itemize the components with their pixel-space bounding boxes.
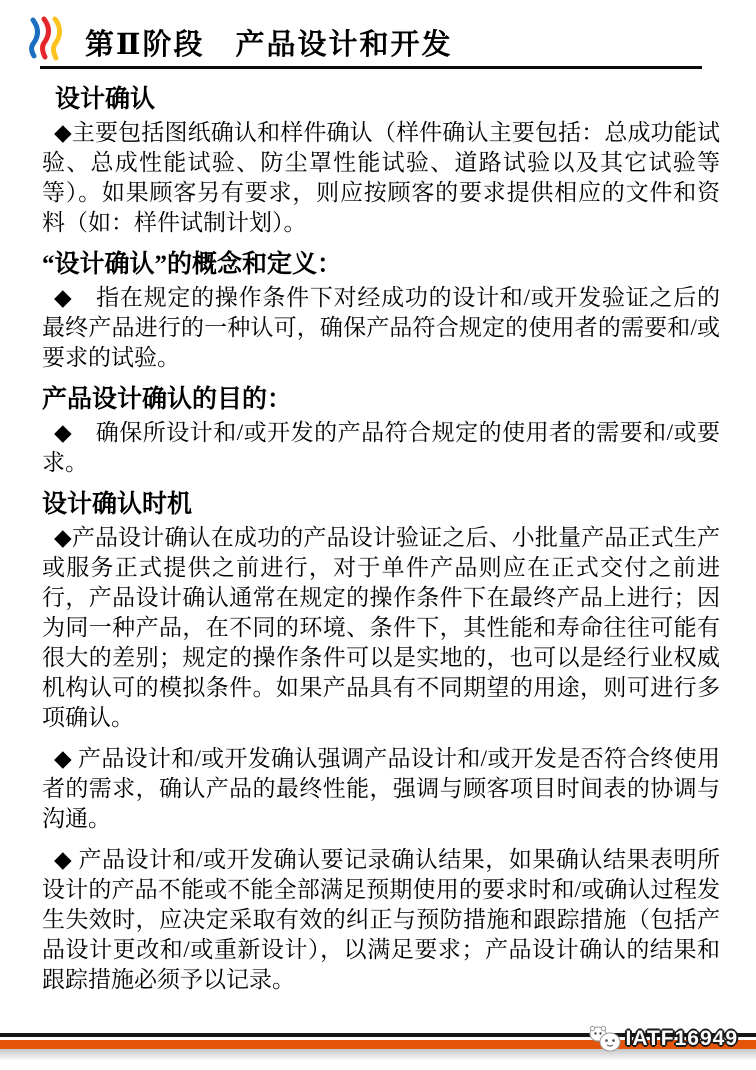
heading-concept-definition: “设计确认”的概念和定义： <box>42 249 720 281</box>
para-design-validation-scope: ◆主要包括图纸确认和样件确认（样件确认主要包括：总成功能试验、总成性能试验、防尘… <box>42 118 720 238</box>
slide-body: 设计确认 ◆主要包括图纸确认和样件确认（样件确认主要包括：总成功能试验、总成性能… <box>42 80 720 1006</box>
para-validation-records: ◆ 产品设计和/或开发确认要记录确认结果，如果确认结果表明所设计的产品不能或不能… <box>42 845 720 995</box>
title-underline <box>40 66 702 69</box>
slide-page: 第Ⅱ阶段 产品设计和开发 设计确认 ◆主要包括图纸确认和样件确认（样件确认主要包… <box>0 0 756 1070</box>
page-title: 第Ⅱ阶段 产品设计和开发 <box>85 22 452 63</box>
para-validation-timing: ◆产品设计确认在成功的产品设计验证之后、小批量产品正式生产或服务正式提供之前进行… <box>42 523 720 733</box>
para-validation-emphasis: ◆ 产品设计和/或开发确认强调产品设计和/或开发是否符合终使用者的需求，确认产品… <box>42 744 720 834</box>
para-validation-purpose: ◆ 确保所设计和/或开发的产品符合规定的使用者的需要和/或要求。 <box>42 418 720 478</box>
panda-mascot-icon <box>588 1025 622 1053</box>
heading-design-validation: 设计确认 <box>42 84 720 116</box>
heading-validation-timing: 设计确认时机 <box>42 489 720 521</box>
watermark-text: IATF16949 <box>626 1027 739 1051</box>
triple-wave-logo-icon <box>29 16 63 64</box>
footer-brand: IATF16949 <box>588 1024 739 1054</box>
para-concept-definition: ◆ 指在规定的操作条件下对经成功的设计和/或开发验证之后的最终产品进行的一种认可… <box>42 283 720 373</box>
heading-validation-purpose: 产品设计确认的目的： <box>42 384 720 416</box>
